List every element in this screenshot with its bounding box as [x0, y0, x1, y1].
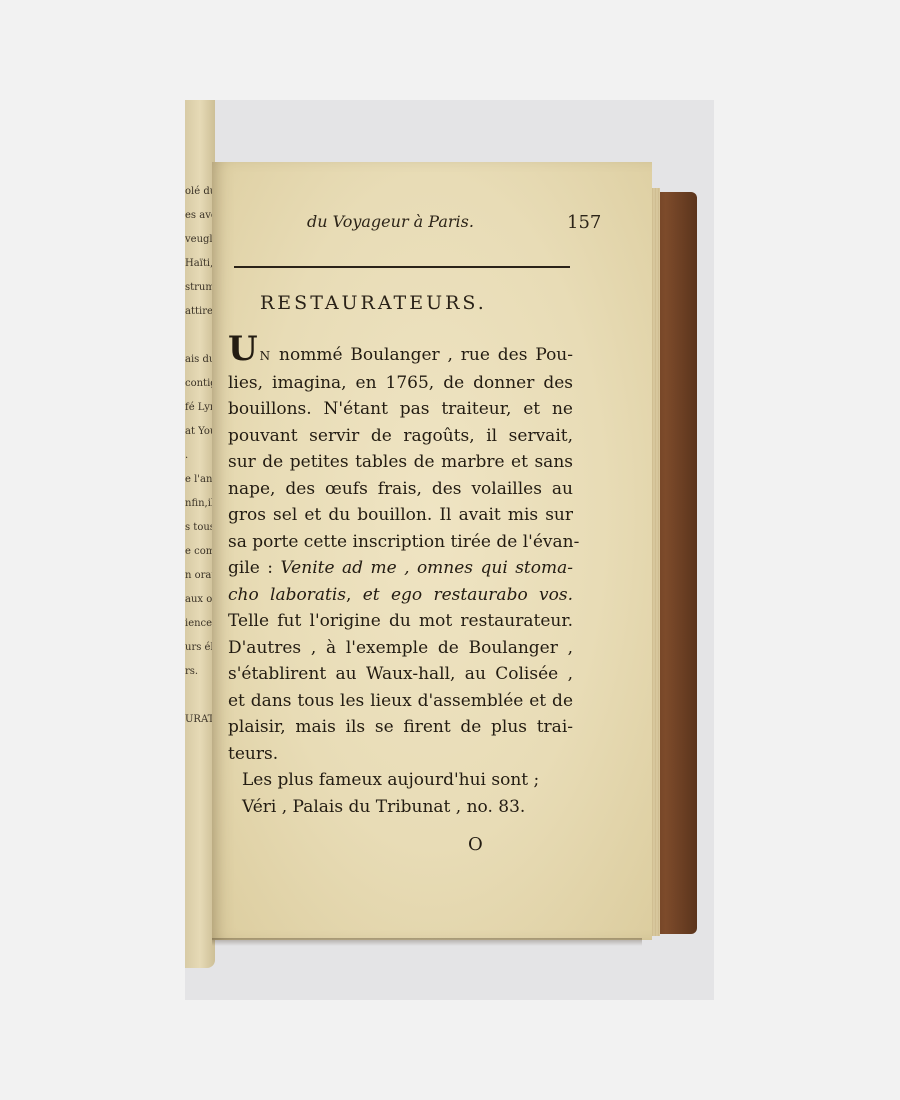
verso-line: attirer — [185, 300, 215, 324]
verso-line: urs élo — [185, 636, 215, 660]
text-line: plaisir, mais ils se firent de plus trai… — [228, 714, 573, 741]
verso-line — [185, 684, 215, 708]
text-line: Telle fut l'origine du mot restaurateur. — [228, 608, 573, 635]
text-line: D'autres , à l'exemple de Boulanger , — [228, 635, 573, 662]
recto-page: du Voyageur à Paris. 157 RESTAURATEURS. … — [212, 162, 652, 940]
text-line: Les plus fameux aujourd'hui sont ; — [228, 767, 573, 794]
header-rule — [234, 266, 570, 268]
verso-line: e l'anc — [185, 468, 215, 492]
page-shadow — [212, 938, 642, 946]
drop-cap: U — [228, 329, 258, 369]
verso-line — [185, 324, 215, 348]
verso-line: e comi — [185, 540, 215, 564]
verso-line: strume — [185, 276, 215, 300]
text-line: bouillons. N'étant pas traiteur, et ne — [228, 396, 573, 423]
verso-line: aux oli — [185, 588, 215, 612]
verso-text: olé du es ave veugle Haïti, strume attir… — [185, 180, 215, 732]
running-head: du Voyageur à Paris. — [307, 212, 474, 231]
text-line: gros sel et du bouillon. Il avait mis su… — [228, 502, 573, 529]
latin-quote: cho laboratis — [228, 585, 346, 605]
text-line: teurs. — [228, 741, 573, 768]
section-title: RESTAURATEURS. — [260, 292, 487, 314]
verso-line: rs. — [185, 660, 215, 684]
verso-line: n orate — [185, 564, 215, 588]
text-line: et dans tous les lieux d'assemblée et de — [228, 688, 573, 715]
text-line: sa porte cette inscription tirée de l'év… — [228, 529, 573, 556]
text-line: pouvant servir de ragoûts, il servait, — [228, 423, 573, 450]
verso-line: ais du — [185, 348, 215, 372]
verso-line: URAT — [185, 708, 215, 732]
text-line: gile : Venite ad me , omnes qui stoma- — [228, 555, 573, 582]
latin-quote: Venite ad me , omnes qui stoma- — [280, 558, 573, 578]
verso-line: veugle — [185, 228, 215, 252]
text-line: Véri , Palais du Tribunat , no. 83. — [228, 794, 573, 821]
body-text: UN nommé Boulanger , rue des Pou- lies, … — [228, 336, 573, 820]
verso-line: . — [185, 444, 215, 468]
text-line: cho laboratis, et ego restaurabo vos. — [228, 582, 573, 609]
verso-line: fé Lyri — [185, 396, 215, 420]
line-text: , — [346, 585, 363, 605]
verso-line: olé du — [185, 180, 215, 204]
page-number: 157 — [567, 212, 601, 233]
verso-line: es ave — [185, 204, 215, 228]
verso-page: olé du es ave veugle Haïti, strume attir… — [185, 100, 215, 968]
signature-mark: O — [468, 834, 483, 855]
verso-line: s tous — [185, 516, 215, 540]
text-line: lies, imagina, en 1765, de donner des — [228, 370, 573, 397]
line-text: gile : — [228, 558, 280, 578]
line-text: nommé Boulanger , rue des Pou- — [271, 345, 573, 365]
small-caps: N — [260, 349, 272, 363]
verso-line: nfin,il — [185, 492, 215, 516]
verso-line: at You — [185, 420, 215, 444]
text-line: UN nommé Boulanger , rue des Pou- — [228, 336, 573, 370]
book-photograph: olé du es ave veugle Haïti, strume attir… — [185, 100, 714, 1000]
verso-line: contig — [185, 372, 215, 396]
verso-line: Haïti, — [185, 252, 215, 276]
text-line: sur de petites tables de marbre et sans — [228, 449, 573, 476]
text-line: s'établirent au Waux-hall, au Colisée , — [228, 661, 573, 688]
verso-line: iences, — [185, 612, 215, 636]
latin-quote: et ego restaurabo vos. — [363, 585, 573, 605]
text-line: nape, des œufs frais, des volailles au — [228, 476, 573, 503]
